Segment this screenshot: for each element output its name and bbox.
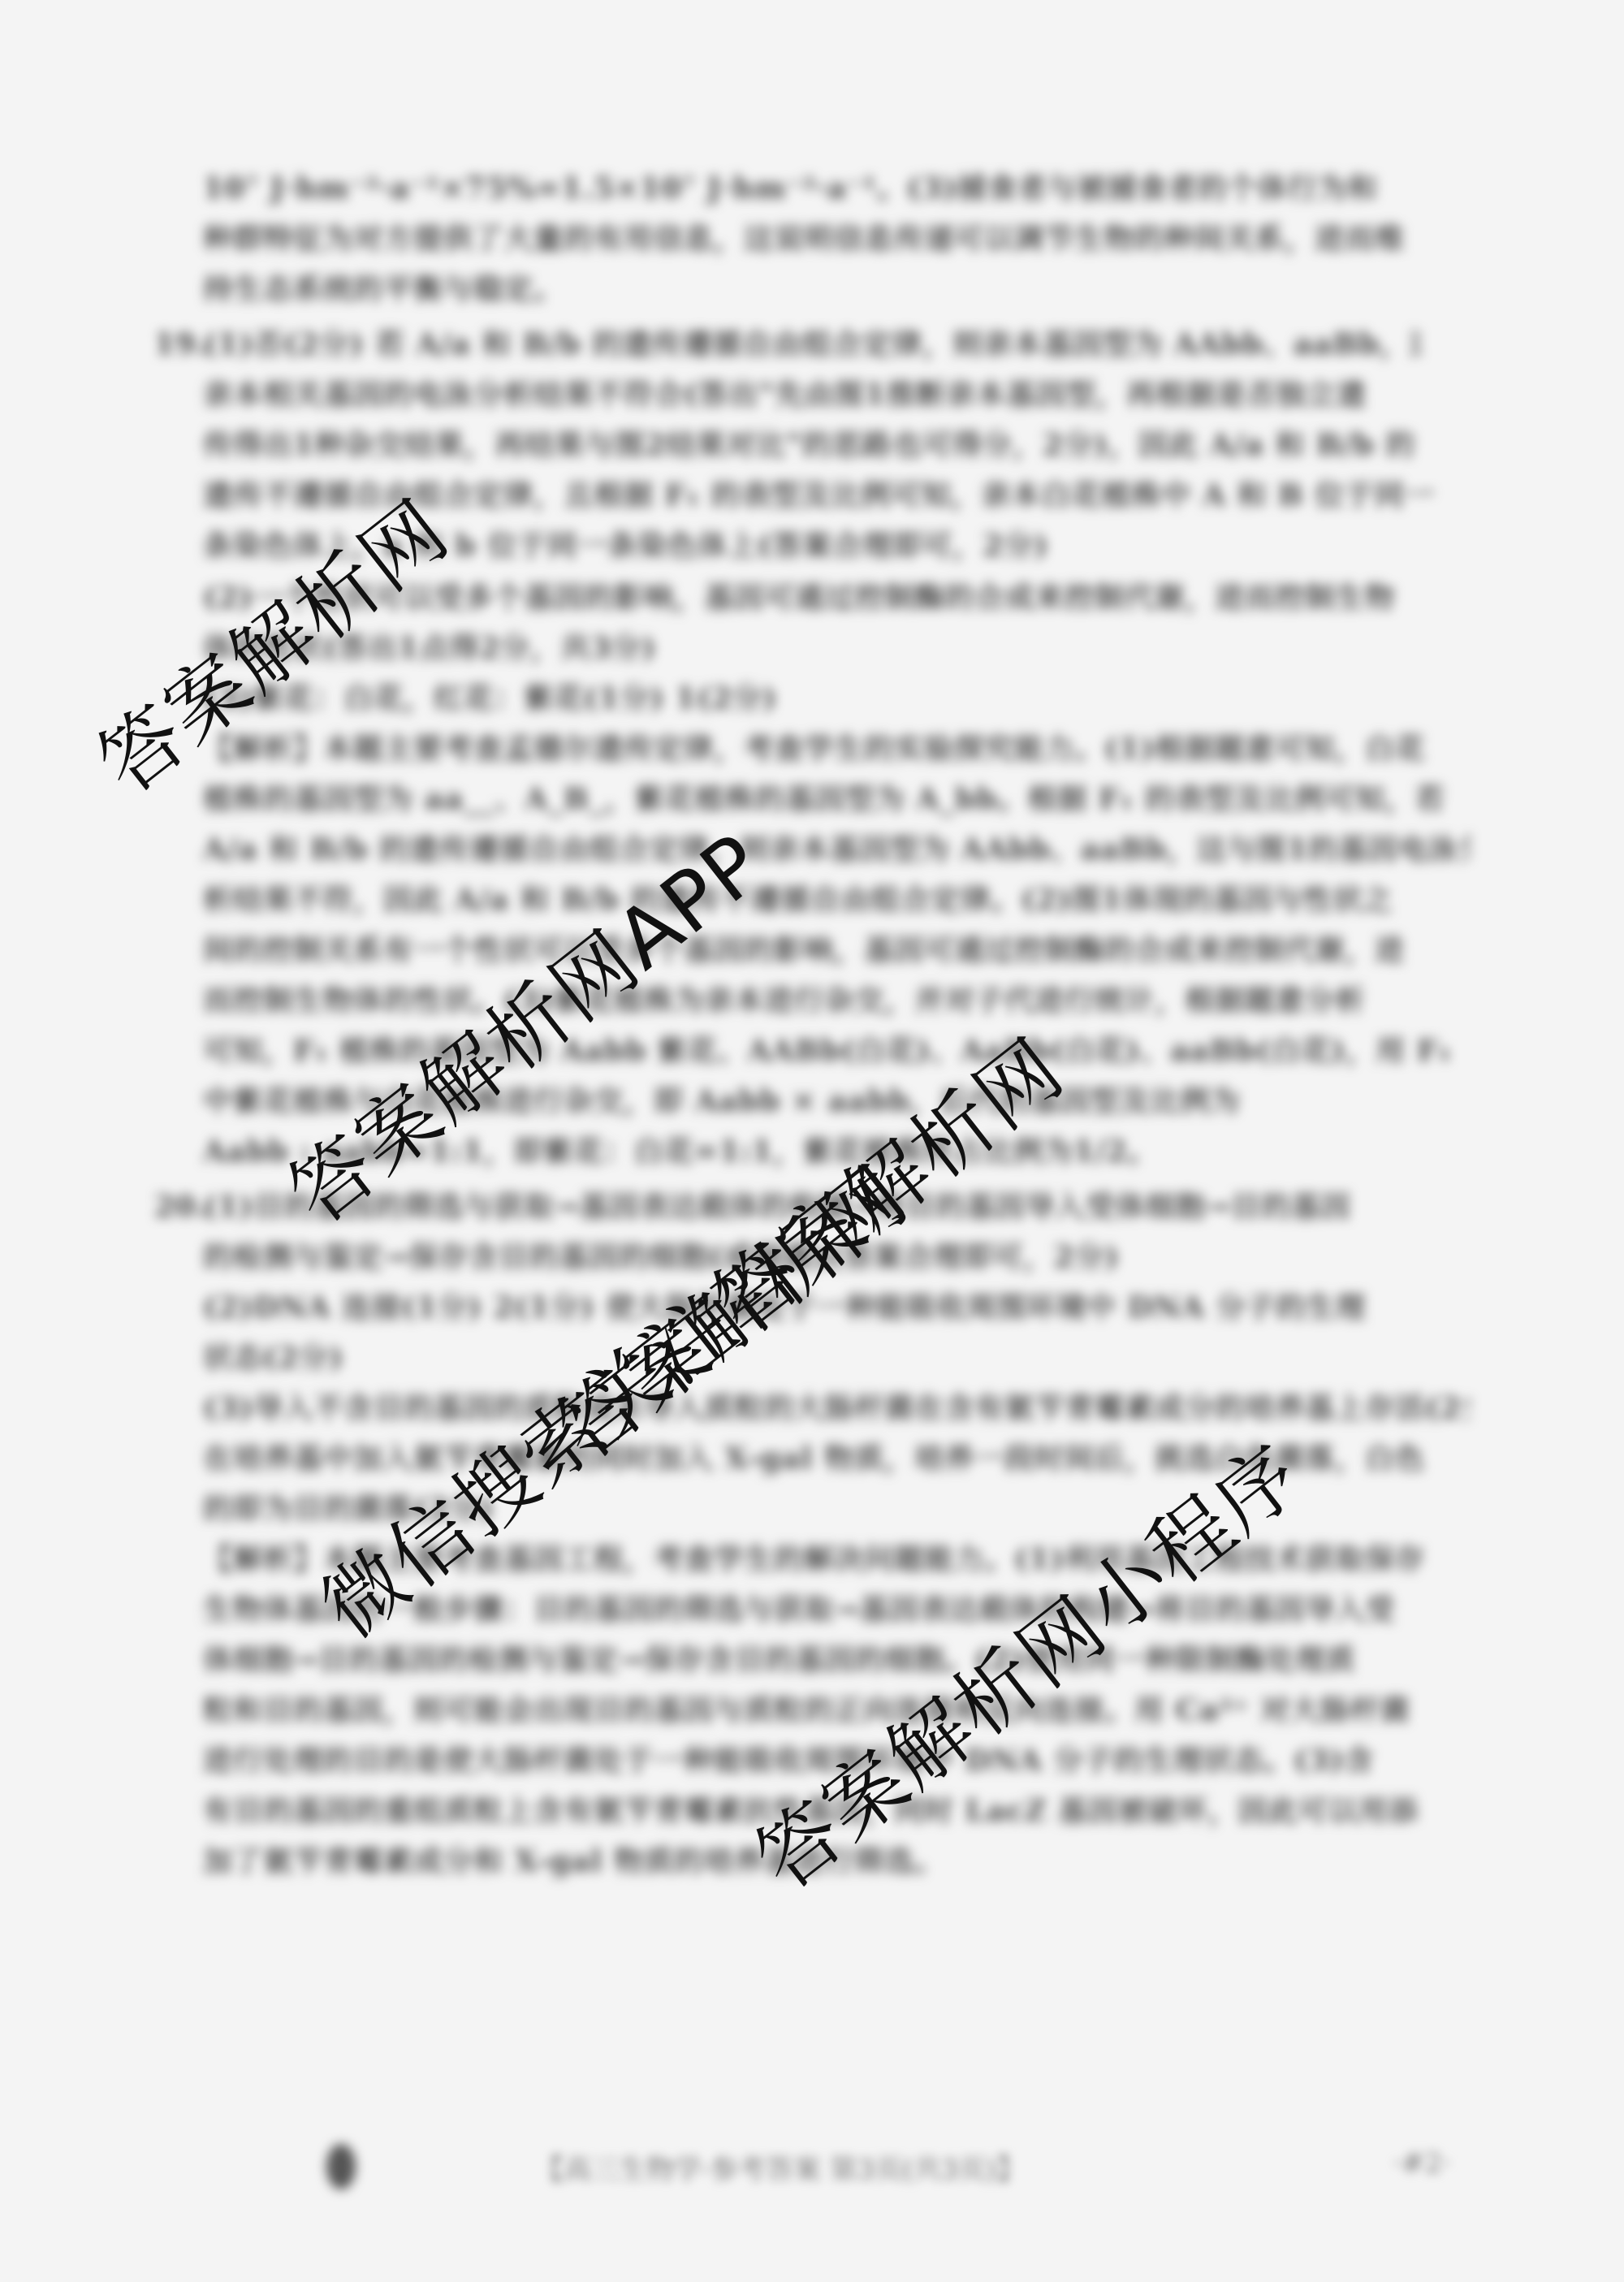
text-line: 间的控制关系有一个性状可以受多个基因的影响，基因可通过控制酶的合成来控制代谢，进 [203, 934, 1470, 966]
line-text: 的检测与鉴定→保存含目的基因的细胞(或细菌)(答案合理即可，2分) [203, 1241, 1119, 1273]
text-line: 析结果不符，因此 A/a 和 B/b 的遗传不遵循自由组合定律。(2)图1体现的… [203, 884, 1470, 916]
line-text: 植株的基因型为 aa__、A_B_，紫花植株的基因型为 A_bb。根据 F₁ 的… [203, 783, 1445, 815]
line-text: A/a 和 B/b 的遗传遵循自由组合定律，则亲本基因型为 AAbb、aaBb，… [203, 833, 1470, 866]
line-text: 亲本相关基因的电泳分析结果不符合(答出"先由图1推断亲本基因型，再根据是否独立遗 [203, 378, 1367, 411]
line-text: 状态(2分) [203, 1342, 343, 1374]
text-line: 体细胞→目的基因的检测与鉴定→保存含目的基因的细胞。(2)使用同一种限制酶处理质 [203, 1644, 1470, 1676]
question-number: 20. [154, 1191, 203, 1223]
question-number: 19. [154, 328, 203, 361]
text-line: A/a 和 B/b 的遗传遵循自由组合定律，则亲本基因型为 AAbb、aaBb，… [203, 833, 1470, 866]
watermark-text: 答案解析网APP [261, 801, 784, 1246]
line-text: 析结果不符，因此 A/a 和 B/b 的遗传不遵循自由组合定律。(2)图1体现的… [203, 884, 1393, 916]
footer-title: 【高三生物学·参考答案 第3页(共3页)】 [536, 2147, 1024, 2187]
page-footer: 【高三生物学·参考答案 第3页(共3页)】 ·#2· [0, 2136, 1624, 2185]
text-line: 粒和目的基因，则可能会出现目的基因与质粒的正向连接和反向连接。用 Ca²⁺ 对大… [203, 1694, 1470, 1727]
text-line: (3)导入不含目的基因的质粒或未导入质粒的大肠杆菌在含有氨苄青霉素成分的培养基上… [203, 1392, 1470, 1424]
line-text: 间的控制关系有一个性状可以受多个基因的影响，基因可通过控制酶的合成来控制代谢，进 [203, 934, 1405, 966]
text-line: 植株的基因型为 aa__、A_B_，紫花植株的基因型为 A_bb。根据 F₁ 的… [203, 783, 1470, 815]
text-line: 持生态系统的平衡与稳定。 [203, 273, 1470, 305]
line-text: 持生态系统的平衡与稳定。 [203, 273, 564, 305]
text-line: 传得出1种杂交结果，再结果与图2结果对比"的思路也可得分，2分)，因此 A/a … [203, 429, 1470, 461]
document-page: 10⁷ J·hm⁻²·a⁻¹×75%=1.5×10⁷ J·hm⁻²·a⁻¹。(3… [0, 0, 1624, 2282]
text-line: 而控制生物体的性状。(3)紫花植株为亲本进行杂交，并对子代进行统计，根据题意分析 [203, 984, 1470, 1017]
text-line: 【解析】本题主要考查孟德尔遗传定律，考查学生的实验探究能力。(1)根据题意可知，… [203, 733, 1470, 765]
text-line: 种群特征为对方提供了大量的有用信息，这说明信息传递可以调节生物的种间关系，进而维 [203, 223, 1470, 255]
line-text: 种群特征为对方提供了大量的有用信息，这说明信息传递可以调节生物的种间关系，进而维 [203, 223, 1405, 255]
text-line: 体的性状(答出1点得2分，共3分) [203, 632, 1470, 664]
text-line: 状态(2分) [203, 1342, 1470, 1374]
line-text: 10⁷ J·hm⁻²·a⁻¹×75%=1.5×10⁷ J·hm⁻²·a⁻¹。(3… [203, 172, 1378, 205]
line-text: (1)否(2分) 若 A/a 和 B/b 的遗传遵循自由组合定律，则亲本基因型为… [203, 328, 1421, 361]
publisher-logo-icon [326, 2144, 356, 2189]
page-number: ·#2· [1393, 2147, 1451, 2180]
text-line: (3)紫花：白花，红花：紫花(1分) 1(2分) [203, 682, 1470, 715]
text-line: 10⁷ J·hm⁻²·a⁻¹×75%=1.5×10⁷ J·hm⁻²·a⁻¹。(3… [203, 172, 1470, 205]
text-line: 亲本相关基因的电泳分析结果不符合(答出"先由图1推断亲本基因型，再根据是否独立遗 [203, 378, 1470, 411]
line-text: (3)导入不含目的基因的质粒或未导入质粒的大肠杆菌在含有氨苄青霉素成分的培养基上… [203, 1392, 1470, 1424]
text-line: 19.(1)否(2分) 若 A/a 和 B/b 的遗传遵循自由组合定律，则亲本基… [154, 328, 1421, 361]
line-text: 粒和目的基因，则可能会出现目的基因与质粒的正向连接和反向连接。用 Ca²⁺ 对大… [203, 1694, 1410, 1727]
line-text: 而控制生物体的性状。(3)紫花植株为亲本进行杂交，并对子代进行统计，根据题意分析 [203, 984, 1365, 1017]
line-text: 传得出1种杂交结果，再结果与图2结果对比"的思路也可得分，2分)，因此 A/a … [203, 429, 1415, 461]
line-text: 【解析】本题主要考查孟德尔遗传定律，考查学生的实验探究能力。(1)根据题意可知，… [203, 733, 1425, 765]
